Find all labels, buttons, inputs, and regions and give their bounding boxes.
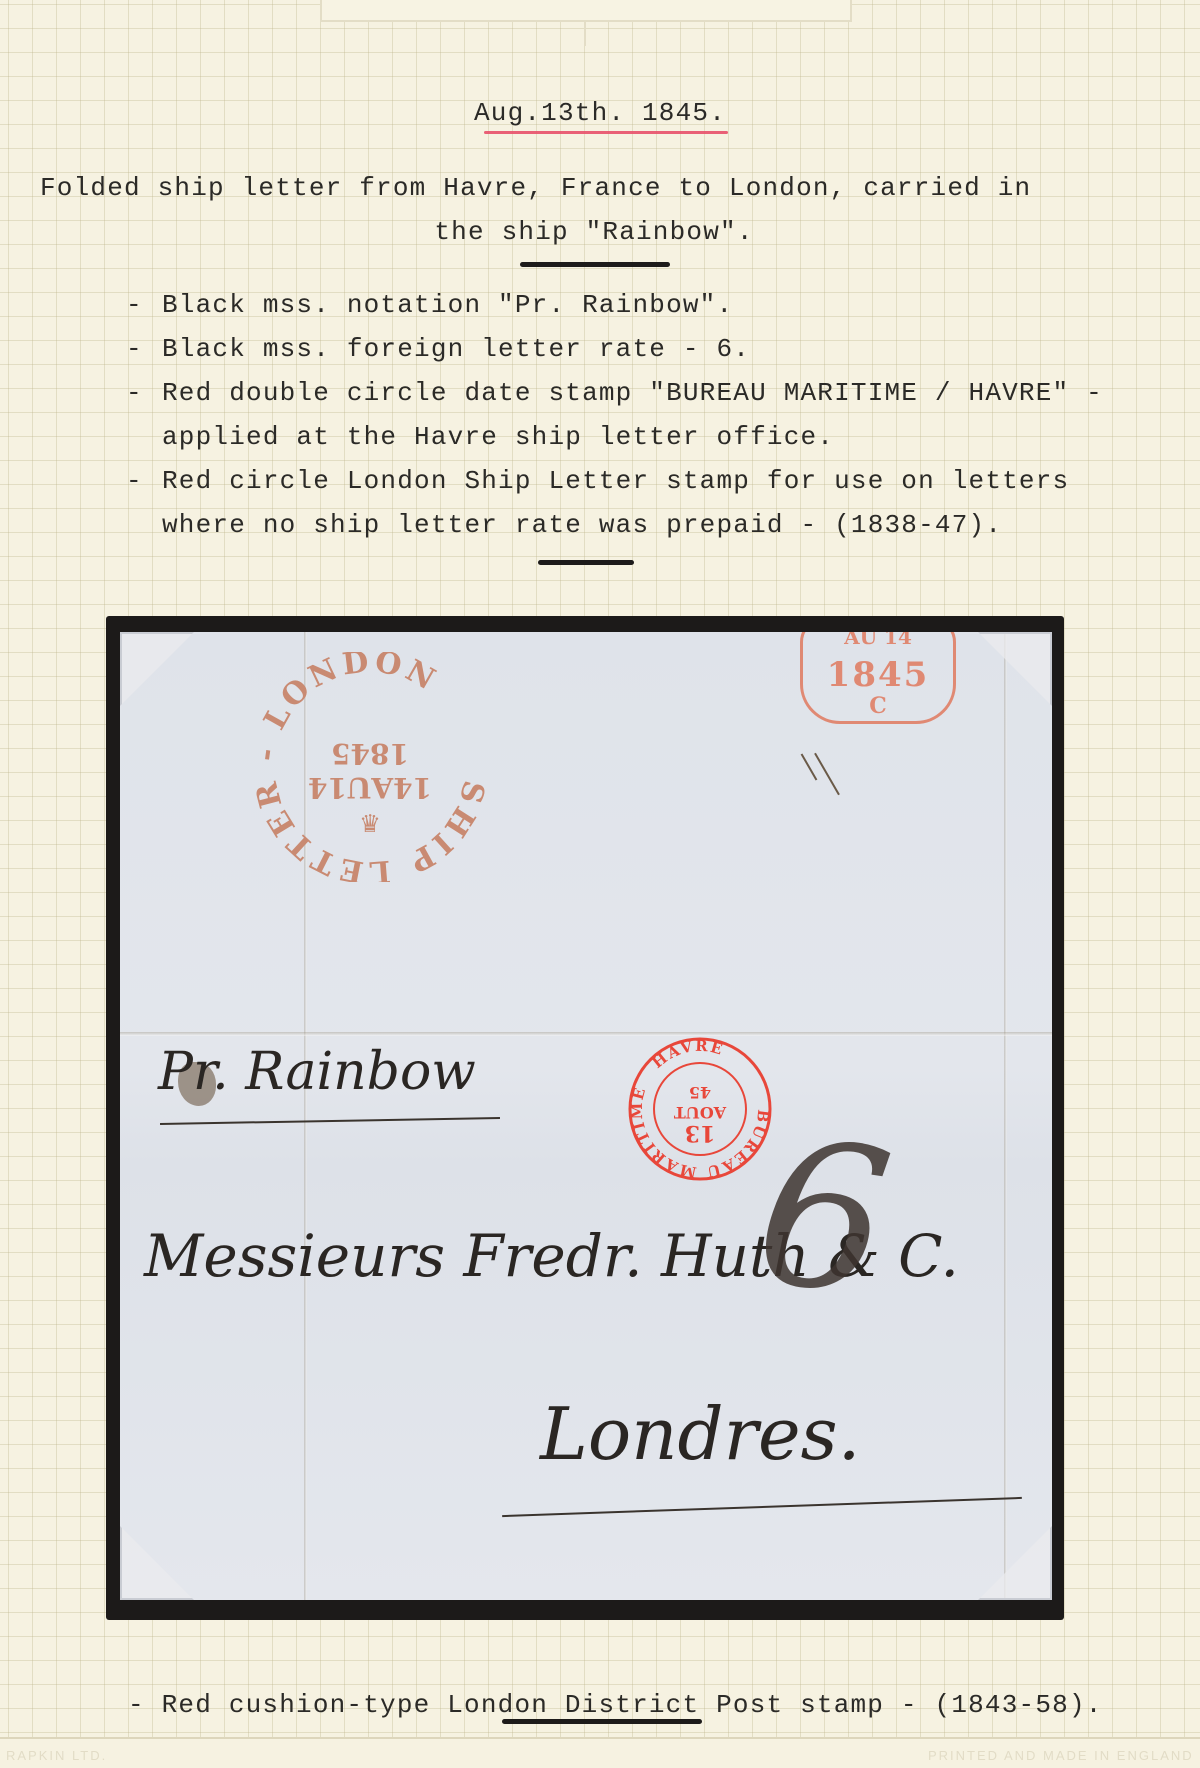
section-divider xyxy=(538,560,634,565)
bullet-dash: - xyxy=(126,334,143,364)
page-title: Aug.13th. 1845. xyxy=(0,98,1200,128)
bullet-text: Red double circle date stamp "BUREAU MAR… xyxy=(162,378,1103,408)
bullet-text: Black mss. foreign letter rate - 6. xyxy=(162,334,750,364)
ship-notation: Pr. Rainbow xyxy=(158,1042,476,1102)
notation-underline xyxy=(160,1117,500,1125)
mount-corner xyxy=(978,632,1052,706)
ship-letter-year: 1845 xyxy=(255,737,485,770)
bullet-dash: - xyxy=(126,466,143,496)
footer-note: - Red cushion-type London District Post … xyxy=(128,1690,1103,1720)
bullet-text: Black mss. notation "Pr. Rainbow". xyxy=(162,290,733,320)
section-divider xyxy=(520,262,670,267)
center-tick xyxy=(584,22,586,46)
cushion-stamp-date: AU 14 xyxy=(803,632,953,649)
bullet-text-cont: applied at the Havre ship letter office. xyxy=(162,422,834,452)
fold-line xyxy=(120,1032,1052,1036)
havre-stamp-day: 13 xyxy=(625,1120,775,1146)
mount-corner xyxy=(120,632,194,706)
ship-letter-date: 14AU14 xyxy=(255,771,485,804)
mount-corner xyxy=(978,1526,1052,1600)
destination: Londres. xyxy=(540,1392,860,1476)
intro-line-2: the ship "Rainbow". xyxy=(0,217,1194,247)
crown-icon: ♛ xyxy=(350,808,390,842)
ship-letter-stamp: SHIP LETTER - LONDON 14AU14 1845 ♛ xyxy=(255,652,485,882)
section-divider xyxy=(502,1719,702,1724)
havre-stamp-year: 45 xyxy=(625,1083,775,1102)
ink-stroke xyxy=(814,753,840,796)
bullet-text: Red circle London Ship Letter stamp for … xyxy=(162,466,1069,496)
destination-underline xyxy=(502,1497,1022,1517)
album-header-box xyxy=(320,0,852,22)
cushion-stamp-code: C xyxy=(803,693,953,719)
havre-maritime-stamp: BUREAU MARITIME HAVRE 13 AOUT 45 xyxy=(625,1034,775,1184)
ink-stroke xyxy=(801,754,818,781)
fold-line xyxy=(1004,632,1007,1600)
folded-letter-cover: SHIP LETTER - LONDON 14AU14 1845 ♛ AU 14… xyxy=(120,632,1052,1600)
havre-stamp-month: AOUT xyxy=(625,1103,775,1122)
intro-line-1: Folded ship letter from Havre, France to… xyxy=(40,173,1031,203)
svg-text:HAVRE: HAVRE xyxy=(649,1037,727,1072)
cushion-stamp: AU 14 1845 C xyxy=(800,632,956,724)
publisher-right: PRINTED AND MADE IN ENGLAND xyxy=(928,1748,1194,1763)
mount-corner xyxy=(120,1526,194,1600)
publisher-left: RAPKIN LTD. xyxy=(6,1748,107,1763)
cushion-stamp-year: 1845 xyxy=(803,655,953,695)
bullet-dash: - xyxy=(126,378,143,408)
bullet-dash: - xyxy=(126,290,143,320)
title-underline xyxy=(484,131,728,134)
bullet-text-cont: where no ship letter rate was prepaid - … xyxy=(162,510,1002,540)
